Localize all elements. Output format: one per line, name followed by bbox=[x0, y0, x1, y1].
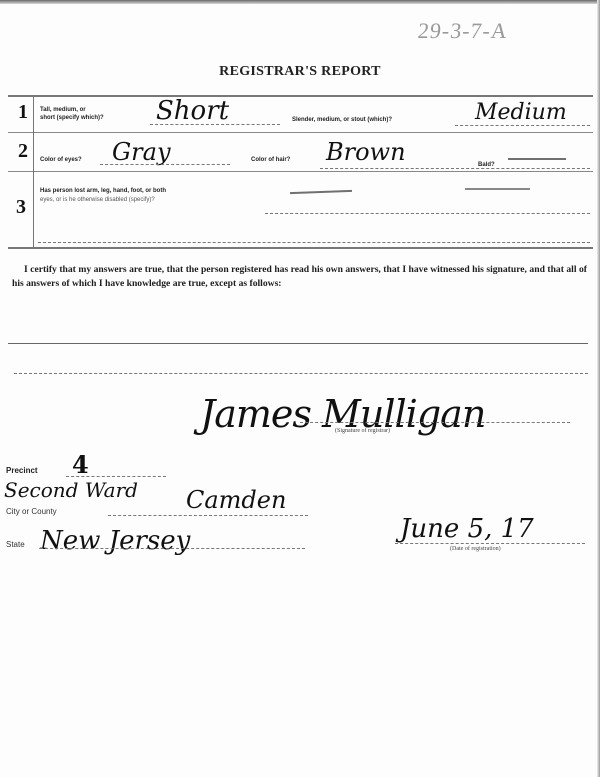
eye-color-answer: Gray bbox=[112, 138, 171, 166]
height-answer-line bbox=[150, 124, 280, 125]
build-answer: Medium bbox=[475, 100, 567, 125]
precinct-label: Precinct bbox=[6, 466, 38, 475]
build-label: Slender, medium, or stout (which)? bbox=[292, 117, 392, 124]
state-value: New Jersey bbox=[40, 526, 190, 556]
row-number: 1 bbox=[18, 101, 28, 124]
registrar-signature-caption: (Signature of registrar) bbox=[335, 428, 390, 434]
table-bottom-rule bbox=[8, 247, 593, 249]
disability-label-line1: Has person lost arm, leg, hand, foot, or… bbox=[40, 188, 166, 195]
disability-answer-dash-1 bbox=[290, 190, 352, 194]
disability-answer-line-1 bbox=[265, 213, 590, 214]
hair-color-answer: Brown bbox=[326, 138, 406, 166]
precinct-line bbox=[66, 476, 166, 477]
city-county-label: City or County bbox=[6, 507, 57, 516]
disability-label-line2: eyes, or is he otherwise disabled (speci… bbox=[40, 197, 155, 204]
registration-date-value: June 5, 17 bbox=[400, 514, 534, 544]
file-number-stamp: 29-3-7-A bbox=[417, 18, 510, 44]
disability-answer-dash-2 bbox=[465, 188, 530, 190]
row-1-divider bbox=[8, 132, 593, 133]
registration-date-caption: (Date of registration) bbox=[450, 546, 501, 552]
registration-date-line bbox=[395, 543, 585, 544]
eye-color-label: Color of eyes? bbox=[40, 157, 82, 164]
height-label-line1: Tall, medium, or bbox=[40, 107, 86, 114]
hair-answer-line bbox=[320, 168, 590, 169]
row-2-divider bbox=[8, 171, 593, 172]
build-answer-line bbox=[455, 125, 590, 126]
certification-statement: I certify that my answers are true, that… bbox=[12, 263, 587, 291]
eye-color-answer-line bbox=[100, 164, 230, 165]
exceptions-line-1 bbox=[8, 343, 588, 344]
row-number: 3 bbox=[16, 196, 26, 219]
table-top-rule bbox=[8, 95, 593, 97]
hair-color-label: Color of hair? bbox=[251, 157, 290, 164]
scan-top-edge bbox=[0, 0, 600, 4]
state-label: State bbox=[6, 540, 25, 549]
city-value: Camden bbox=[186, 486, 286, 514]
height-answer: Short bbox=[156, 96, 229, 126]
city-county-line bbox=[108, 515, 308, 516]
row-number: 2 bbox=[18, 140, 28, 163]
state-line bbox=[40, 548, 305, 549]
precinct-value: 4 bbox=[72, 450, 89, 479]
exceptions-line-2 bbox=[14, 373, 588, 374]
report-title: REGISTRAR'S REPORT bbox=[0, 64, 600, 80]
ward-value: Second Ward bbox=[4, 478, 138, 502]
height-label-line2: short (specify which)? bbox=[40, 115, 104, 122]
disability-answer-line-2 bbox=[38, 242, 590, 243]
number-column-divider bbox=[33, 97, 34, 247]
bald-answer-dash bbox=[508, 158, 566, 160]
registrar-signature-line bbox=[300, 422, 570, 423]
